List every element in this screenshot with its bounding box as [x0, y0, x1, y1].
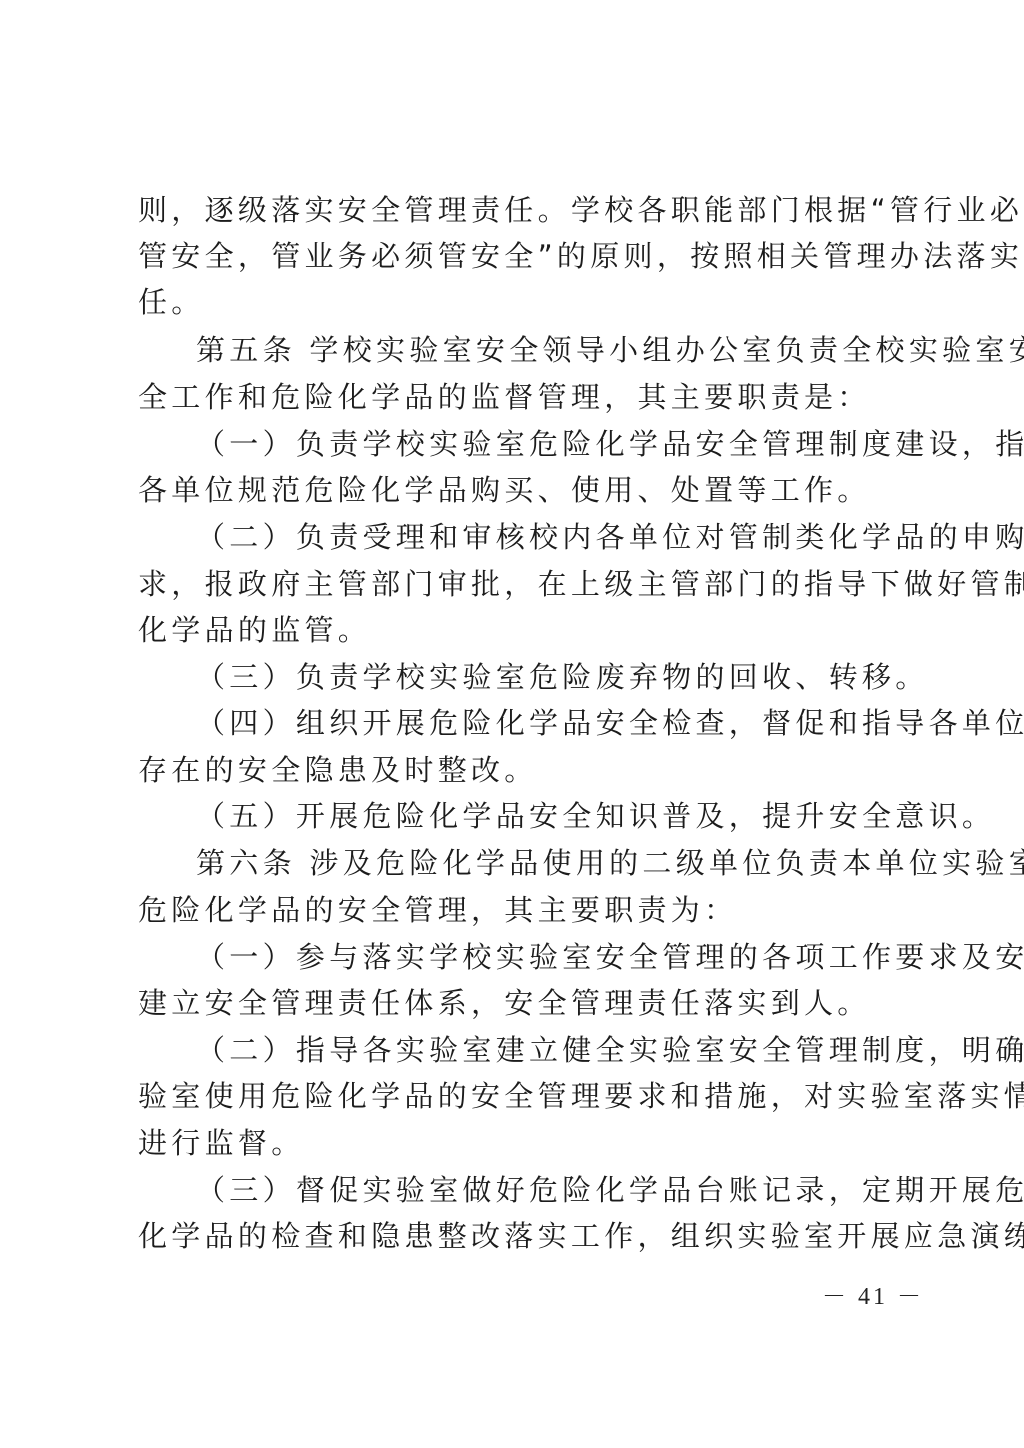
- document-page: 则，逐级落实安全管理责任。学校各职能部门根据“管行业必须管安全，管业务必须管安全…: [0, 0, 1024, 1448]
- text-line: （一）负责学校实验室危险化学品安全管理制度建设，指导: [196, 424, 1024, 464]
- text-line: 第六条 涉及危险化学品使用的二级单位负责本单位实验室: [196, 843, 1024, 883]
- text-line: （一）参与落实学校实验室安全管理的各项工作要求及安排，: [196, 937, 1024, 977]
- text-line: 全工作和危险化学品的监督管理，其主要职责是：: [138, 377, 871, 417]
- text-line: （四）组织开展危险化学品安全检查，督促和指导各单位对: [196, 703, 1024, 743]
- text-line: 验室使用危险化学品的安全管理要求和措施，对实验室落实情况: [138, 1076, 1024, 1116]
- text-line: （三）督促实验室做好危险化学品台账记录，定期开展危险: [196, 1170, 1024, 1210]
- text-line: 则，逐级落实安全管理责任。学校各职能部门根据“管行业必须: [138, 190, 1024, 230]
- text-line: 存在的安全隐患及时整改。: [138, 750, 538, 790]
- text-line: 第五条 学校实验室安全领导小组办公室负责全校实验室安: [196, 330, 1024, 370]
- text-line: 求，报政府主管部门审批，在上级主管部门的指导下做好管制类: [138, 564, 1024, 604]
- text-line: 化学品的检查和隐患整改落实工作，组织实验室开展应急演练。: [138, 1216, 1024, 1256]
- text-line: 进行监督。: [138, 1123, 305, 1163]
- text-line: 建立安全管理责任体系，安全管理责任落实到人。: [138, 983, 871, 1023]
- text-line: （二）指导各实验室建立健全实验室安全管理制度，明确实: [196, 1030, 1024, 1070]
- text-line: 管安全，管业务必须管安全”的原则，按照相关管理办法落实责: [138, 236, 1024, 276]
- text-line: 化学品的监管。: [138, 610, 371, 650]
- text-line: 任。: [138, 282, 205, 322]
- text-line: 各单位规范危险化学品购买、使用、处置等工作。: [138, 470, 871, 510]
- page-number: － 41 －: [822, 1282, 924, 1312]
- text-line: （二）负责受理和审核校内各单位对管制类化学品的申购需: [196, 517, 1024, 557]
- text-line: （三）负责学校实验室危险废弃物的回收、转移。: [196, 657, 929, 697]
- text-line: 危险化学品的安全管理，其主要职责为：: [138, 890, 737, 930]
- text-line: （五）开展危险化学品安全知识普及，提升安全意识。: [196, 796, 995, 836]
